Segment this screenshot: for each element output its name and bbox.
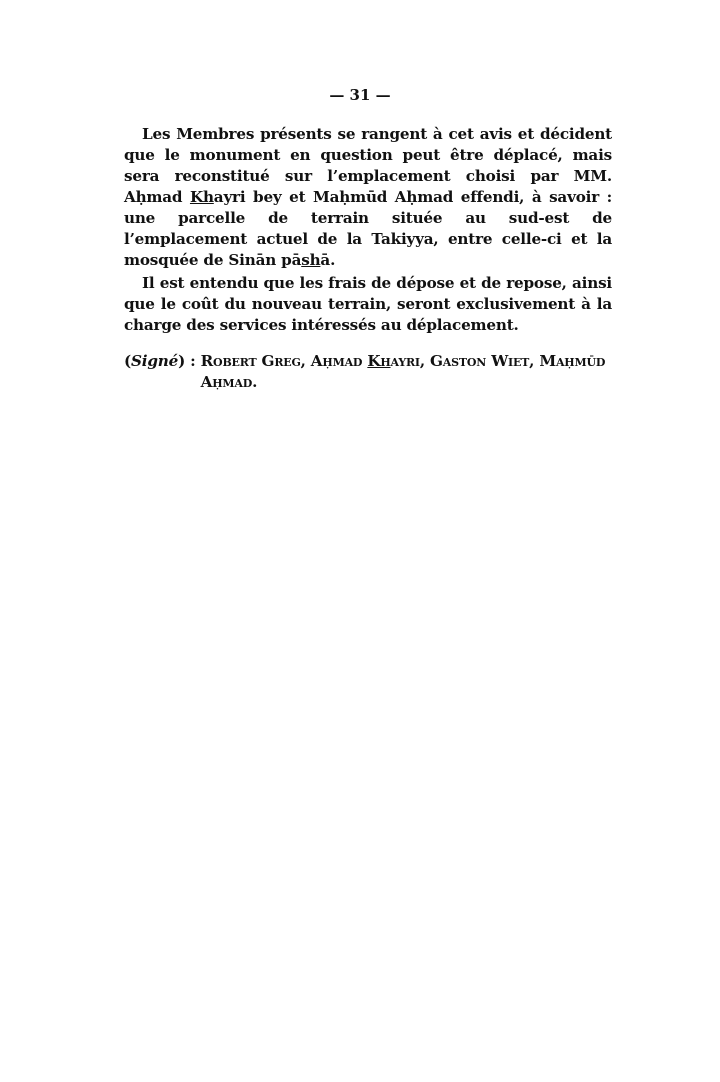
underlined-transliteration: sh	[301, 251, 320, 269]
page-number: — 31 —	[0, 86, 720, 104]
paragraph-decision: Les Membres présents se rangent à cet av…	[124, 124, 612, 271]
text-span: ā.	[320, 251, 335, 269]
document-body: Les Membres présents se rangent à cet av…	[124, 124, 612, 393]
paragraph-costs: Il est entendu que les frais de dépose e…	[124, 273, 612, 336]
underlined-transliteration: Kh	[190, 188, 214, 206]
signature-label: (Signé) :	[124, 351, 201, 393]
signature-block: (Signé) : Robert Greg, Aḥmad Khayri, Gas…	[124, 351, 612, 393]
signatory-names: Robert Greg, Aḥmad Khayri, Gaston Wiet, …	[201, 351, 612, 393]
